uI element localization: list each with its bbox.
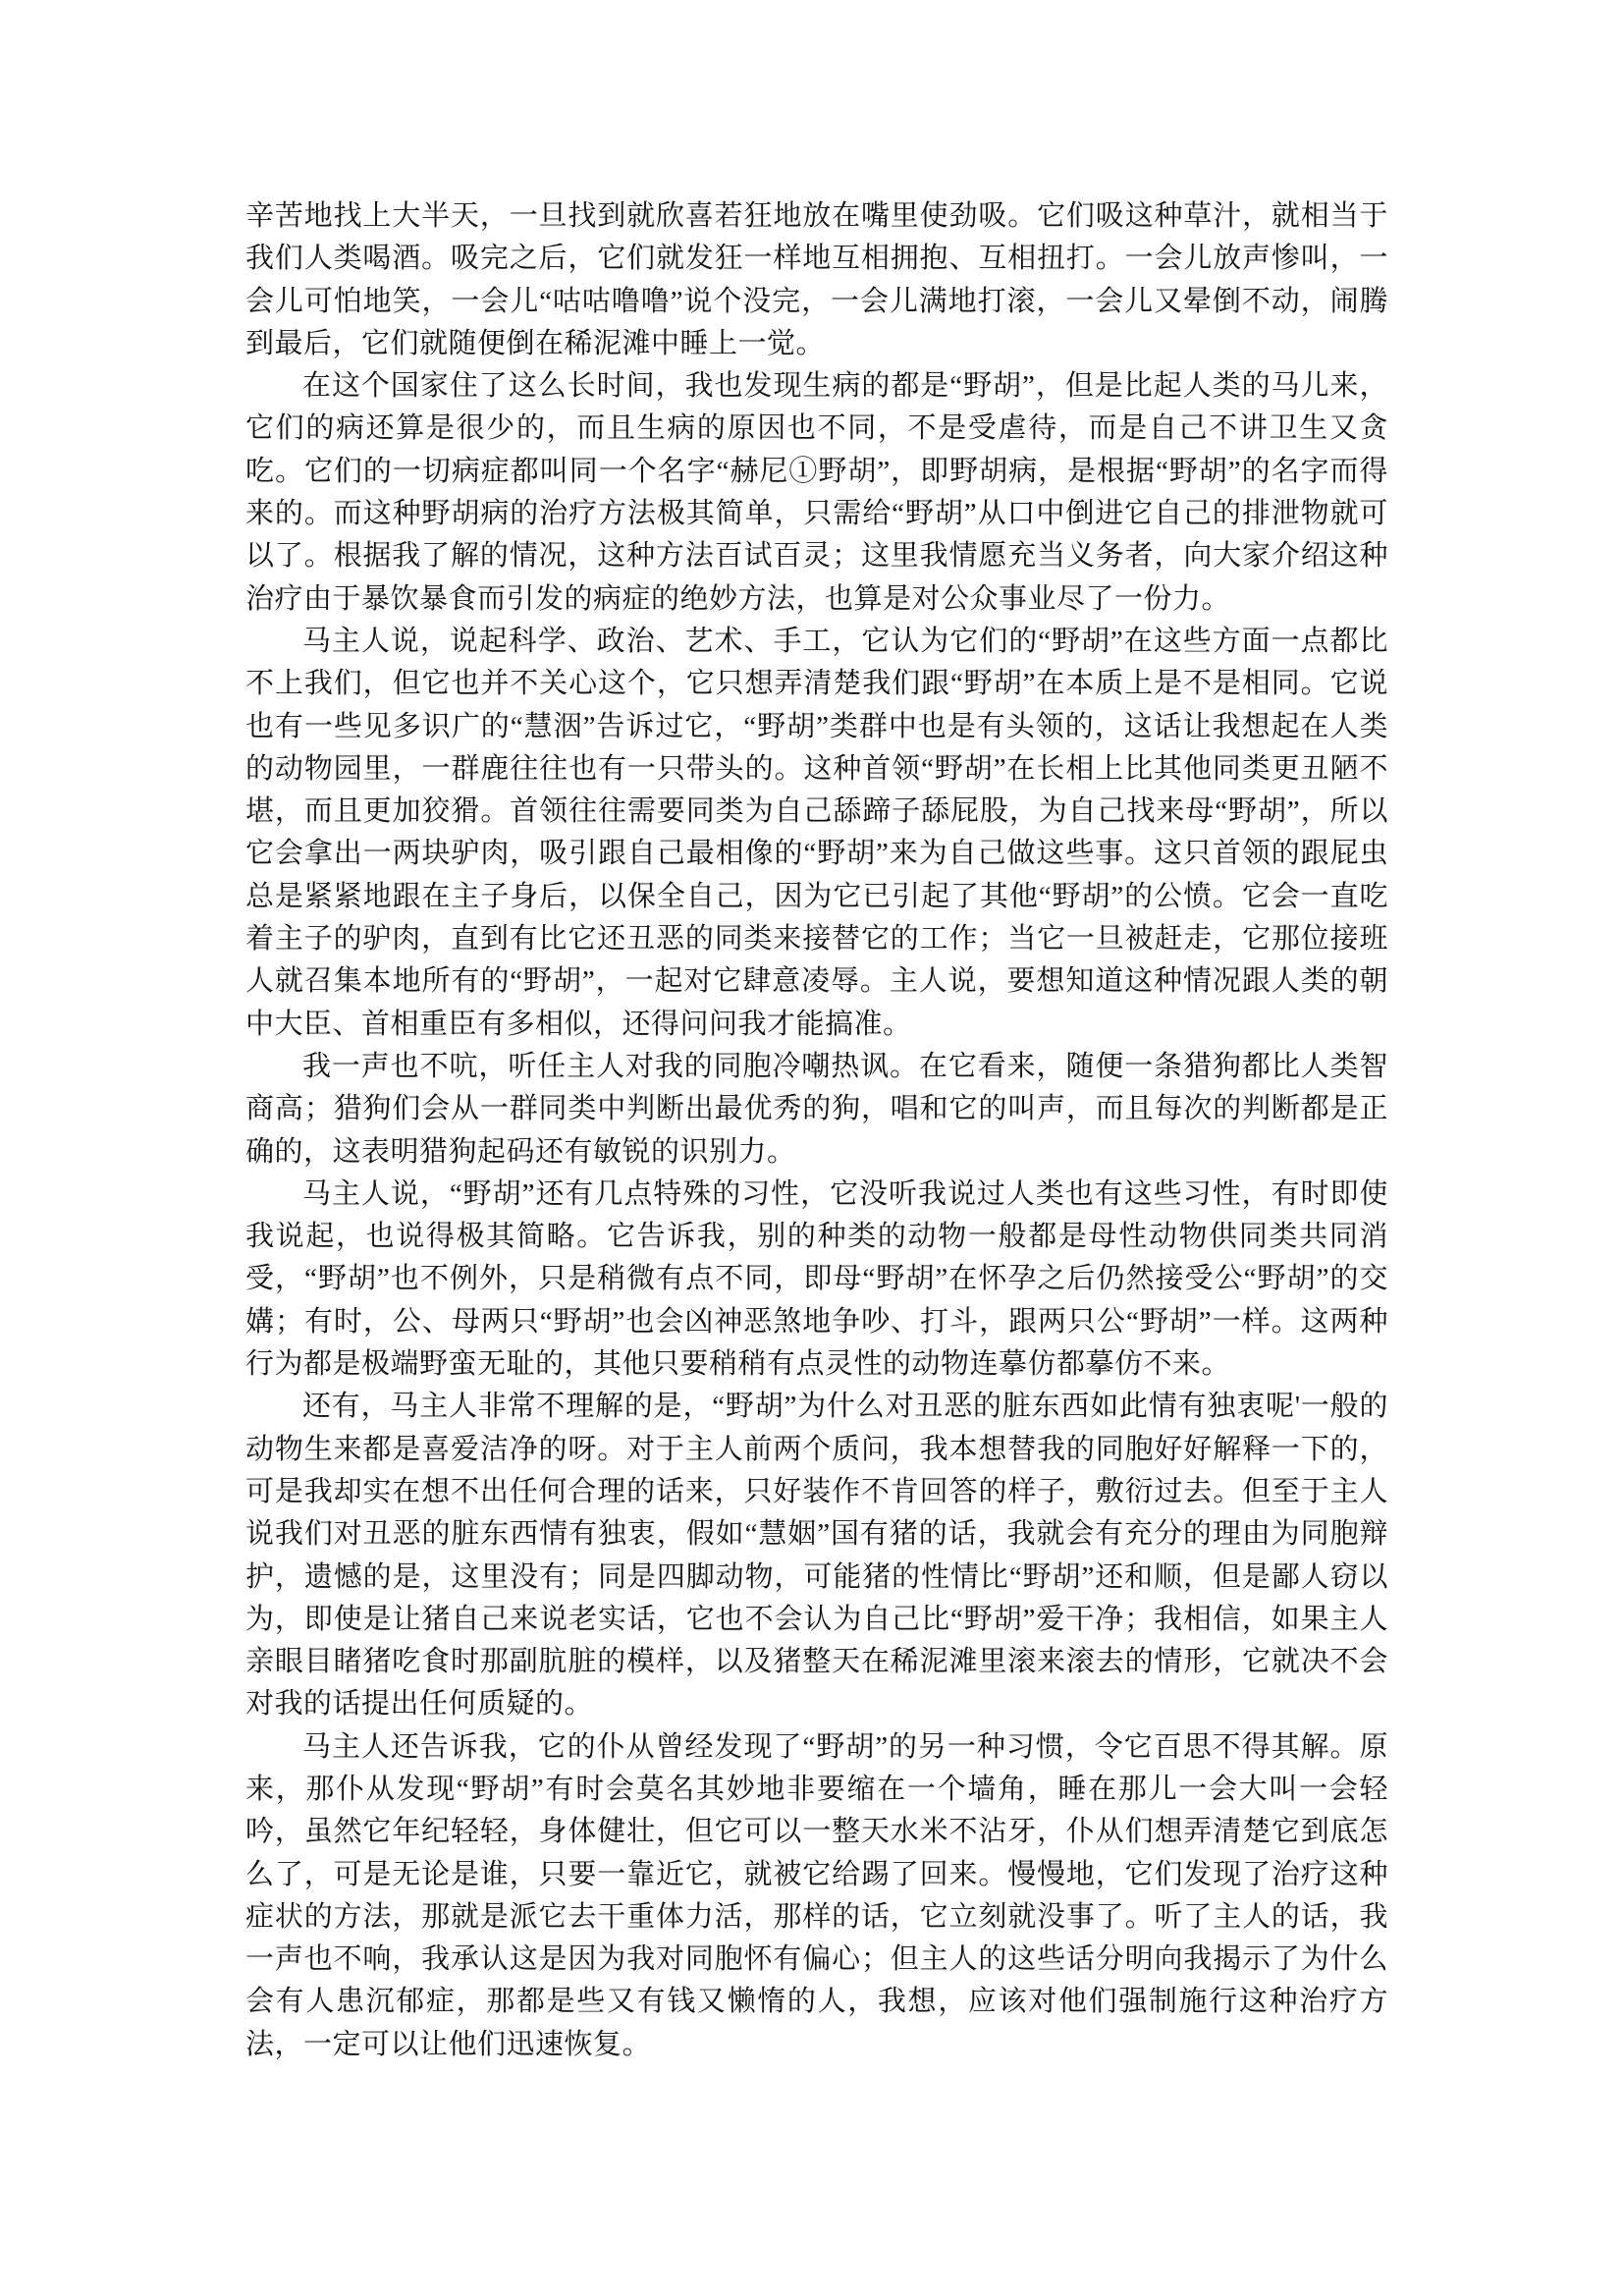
text-block: 辛苦地找上大半天，一旦找到就欣喜若狂地放在嘴里使劲吸。它们吸这种草汁，就相当于我… (245, 195, 1388, 2066)
paragraph-6: 还有，马主人非常不理解的是，“野胡”为什么对丑恶的脏东西如此情有独衷呢'一般的动… (245, 1386, 1388, 1725)
paragraph-5: 马主人说，“野胡”还有几点特殊的习性，它没听我说过人类也有这些习性，有时即使我说… (245, 1174, 1388, 1386)
document-page: 辛苦地找上大半天，一旦找到就欣喜若狂地放在嘴里使劲吸。它们吸这种草汁，就相当于我… (0, 0, 1623, 2296)
paragraph-7: 马主人还告诉我，它的仆从曾经发现了“野胡”的另一种习惯，令它百思不得其解。原来，… (245, 1726, 1388, 2066)
paragraph-3: 马主人说，说起科学、政治、艺术、手工，它认为它们的“野胡”在这些方面一点都比不上… (245, 621, 1388, 1046)
paragraph-1: 辛苦地找上大半天，一旦找到就欣喜若狂地放在嘴里使劲吸。它们吸这种草汁，就相当于我… (245, 195, 1388, 365)
paragraph-4: 我一声也不吭，听任主人对我的同胞冷嘲热讽。在它看来，随便一条猎狗都比人类智商高；… (245, 1046, 1388, 1174)
paragraph-2: 在这个国家住了这么长时间，我也发现生病的都是“野胡”，但是比起人类的马儿来，它们… (245, 365, 1388, 621)
